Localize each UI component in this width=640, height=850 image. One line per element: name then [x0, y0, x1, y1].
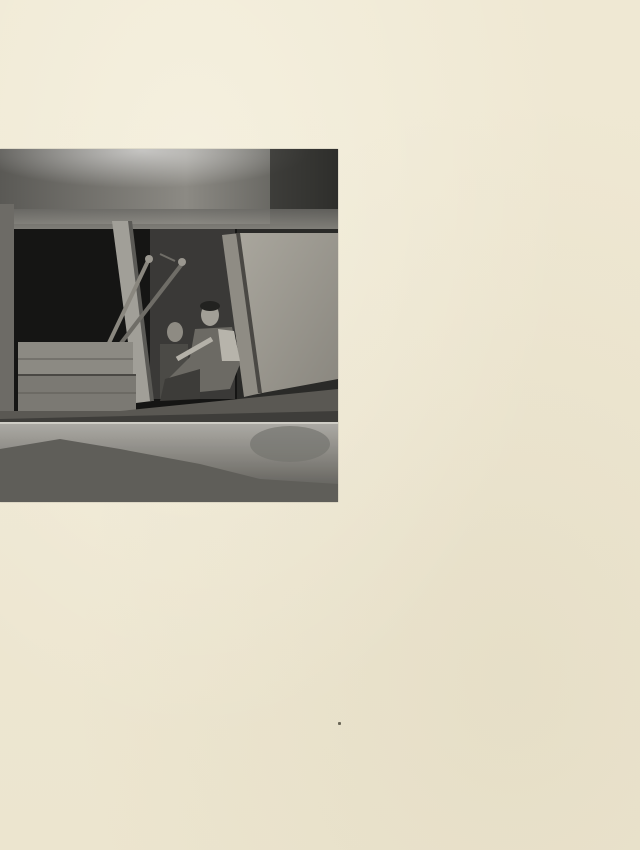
photo-image: [0, 149, 338, 502]
page-speck: [338, 722, 341, 725]
mounted-photograph: [0, 149, 338, 502]
